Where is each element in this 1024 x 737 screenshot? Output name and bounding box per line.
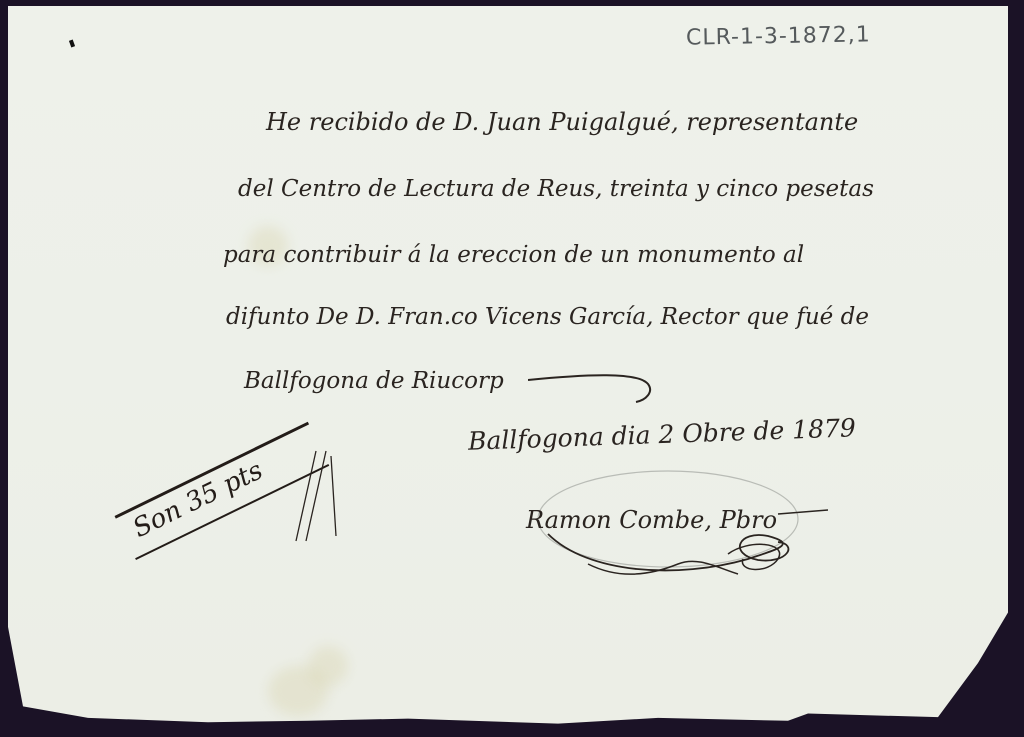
place-date: Ballfogona dia 2 Obre de 1879 bbox=[468, 413, 857, 456]
amount-text: Son 35 pts bbox=[128, 456, 267, 544]
body-line-1: He recibido de D. Juan Puigalgué, repres… bbox=[266, 108, 858, 136]
body-line-3: para contribuir á la ereccion de un monu… bbox=[223, 242, 804, 268]
hatch-marks bbox=[286, 446, 346, 546]
ink-mark bbox=[69, 40, 75, 48]
document-page: CLR-1-3-1872,1 He recibido de D. Juan Pu… bbox=[8, 6, 1008, 728]
signature: Ramon Combe, Pbro bbox=[526, 506, 777, 534]
body-line-4: difunto De D. Fran.co Vicens García, Rec… bbox=[226, 304, 869, 330]
line-end-flourish bbox=[528, 366, 658, 406]
archive-reference: CLR-1-3-1872,1 bbox=[686, 22, 871, 50]
body-line-2: del Centro de Lectura de Reus, treinta y… bbox=[238, 176, 874, 202]
paper-stain bbox=[308, 646, 348, 686]
body-line-5: Ballfogona de Riucorp bbox=[244, 368, 504, 394]
